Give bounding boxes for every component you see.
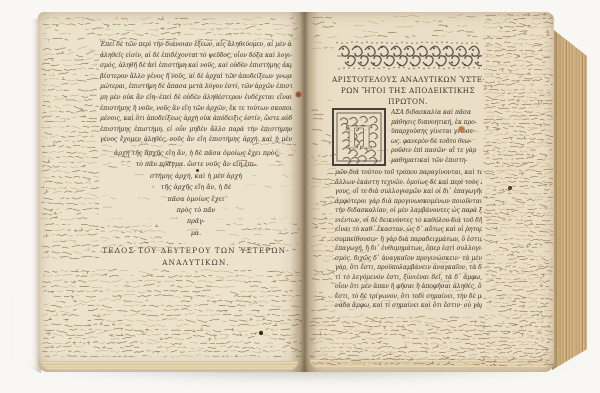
speck xyxy=(508,186,512,190)
fore-edge-left xyxy=(10,17,41,373)
handwriting-texture xyxy=(336,112,482,310)
title-line: ΡΩΝ ἬΤΟΙ ΤΗΣ ΑΠΟΔΕΙΚΤΙΚΗΣ xyxy=(332,86,484,97)
speck xyxy=(196,169,199,172)
handwriting-texture xyxy=(483,12,553,366)
handwriting-texture xyxy=(41,45,99,259)
handwriting-texture xyxy=(42,267,302,357)
handwriting-texture xyxy=(352,12,480,38)
marginalia-above-headpiece xyxy=(352,12,480,38)
marginalia-gutter-margin xyxy=(311,152,336,312)
handwriting-texture xyxy=(311,14,337,50)
title-line: ΠΡΩΤΟΝ. xyxy=(332,97,484,108)
interlinear-glosses-left xyxy=(100,45,292,241)
section-title: ΑΡΙΣΤΟΤΕΛΟΥΣ ΑΝΑΛΥΤΙΚΩΝ ὙΣΤΕ-ΡΩΝ ἬΤΟΙ ΤΗ… xyxy=(332,75,484,107)
book-photograph: Ἐπεὶ δὲ τῶν περὶ τὴν διάνοιαν ἕξεων, αἷς… xyxy=(0,0,600,393)
marginalia-bottom-right-page xyxy=(309,314,485,366)
fore-edge-right xyxy=(552,25,587,370)
marginalia-right-margin xyxy=(483,12,553,366)
interlinear-glosses-right xyxy=(336,112,482,310)
ink-stain xyxy=(457,126,466,132)
marginalia-left-margin xyxy=(41,45,99,259)
handwriting-texture xyxy=(42,14,298,42)
speck xyxy=(259,331,263,335)
handwriting-texture xyxy=(311,96,335,150)
marginalia-patch xyxy=(311,96,335,150)
handwriting-texture xyxy=(309,314,485,366)
handwriting-texture xyxy=(311,152,336,312)
page-bottom-edges-left xyxy=(42,361,298,370)
title-line: ΑΡΙΣΤΟΤΕΛΟΥΣ ΑΝΑΛΥΤΙΚΩΝ ὙΣΤΕ- xyxy=(332,75,484,86)
marginalia-top-left-page xyxy=(42,14,298,42)
marginalia-bottom-left-page xyxy=(42,267,302,357)
handwriting-texture xyxy=(100,45,292,241)
ink-stain xyxy=(295,91,302,98)
headpiece-ornament-art xyxy=(335,40,482,72)
marginalia-gutter-top-right-page xyxy=(311,14,337,50)
woodcut-headpiece-ornament xyxy=(335,40,482,72)
